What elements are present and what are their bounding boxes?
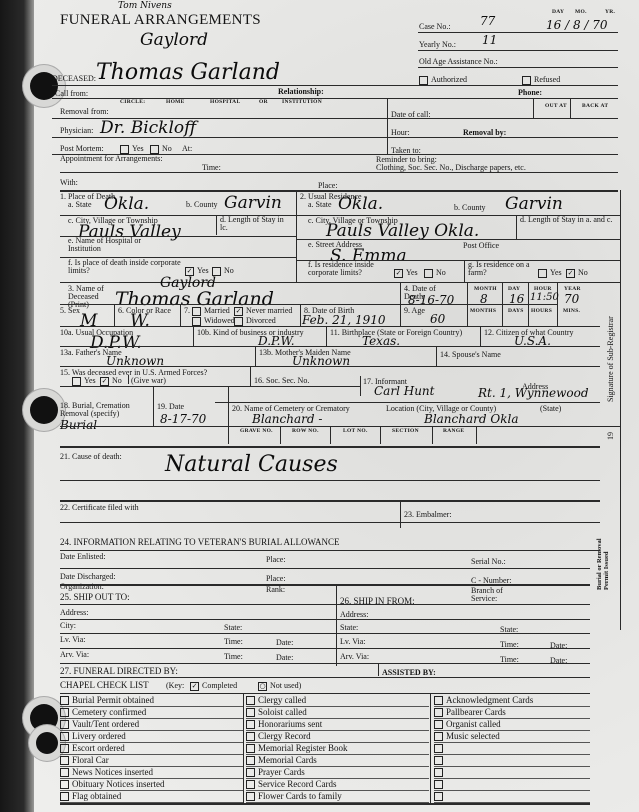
lot-no-col: LOT NO. xyxy=(343,428,368,434)
checkbox-icon[interactable] xyxy=(246,708,255,717)
checklist-item[interactable]: Music selected xyxy=(434,731,500,741)
physician-value[interactable]: Dr. Bickloff xyxy=(100,118,196,138)
with-label: With: xyxy=(60,178,78,187)
year-col-label: YR. xyxy=(605,9,615,15)
res-county-value[interactable]: Garvin xyxy=(505,194,563,214)
ship-out-state-label: State: xyxy=(224,623,242,632)
checklist-item-label: Memorial Register Book xyxy=(258,743,348,753)
marital-label: 7. xyxy=(184,306,190,315)
ship-in-lv-via-label: Lv. Via: xyxy=(340,637,366,646)
res-state-value[interactable]: Okla. xyxy=(338,194,383,214)
death-state-label: a. State xyxy=(68,200,92,209)
call-from-label: Call from: xyxy=(55,89,88,98)
branch-label: Branch of Service: xyxy=(471,587,511,603)
circle-hospital[interactable]: HOSPITAL xyxy=(210,99,240,105)
death-county-value[interactable]: Garvin xyxy=(224,193,282,213)
burial-date-label: 19. Date xyxy=(157,402,184,411)
permit-label: Burial or Removal Permit Issued xyxy=(596,530,610,590)
date-discharged-label: Date Discharged: xyxy=(60,572,116,581)
embalmer-label: 23. Embalmer: xyxy=(404,510,452,519)
checklist-item[interactable]: Service Record Cards xyxy=(246,779,336,789)
checklist-item-label: Cemetery confirmed xyxy=(72,707,146,717)
relationship-label: Relationship: xyxy=(278,87,324,96)
old-age-label: Old Age Assistance No.: xyxy=(419,57,498,66)
checklist-item[interactable]: Memorial Register Book xyxy=(246,743,348,753)
death-state-value[interactable]: Okla. xyxy=(104,194,149,214)
circle-label: CIRCLE: xyxy=(120,99,145,105)
checkbox-icon[interactable] xyxy=(60,744,69,753)
cause-value[interactable]: Natural Causes xyxy=(165,452,338,477)
married-option[interactable]: Married xyxy=(192,306,230,316)
checkbox-icon[interactable] xyxy=(60,780,69,789)
ship-in-address-label: Address: xyxy=(340,610,368,619)
phone-label: Phone: xyxy=(518,88,542,97)
checkbox-icon[interactable] xyxy=(60,756,69,765)
at-label: At: xyxy=(182,144,192,153)
checkbox-icon[interactable] xyxy=(60,732,69,741)
checklist-item-label: Floral Car xyxy=(72,755,109,765)
ship-out-lv-time-label: Time: xyxy=(224,637,243,646)
appointment-label: Appointment for Arrangements: xyxy=(60,154,163,163)
checklist-item[interactable]: Honorariums sent xyxy=(246,719,322,729)
checklist-item[interactable] xyxy=(434,779,446,789)
informant-value[interactable]: Carl Hunt xyxy=(374,384,434,398)
burial-date-value[interactable]: 8-17-70 xyxy=(160,412,206,426)
checklist-item[interactable]: Pallbearer Cards xyxy=(434,707,506,717)
address-value[interactable]: Rt. 1, Wynnewood xyxy=(478,386,589,400)
age-months-col: MONTHS xyxy=(470,308,496,314)
checkbox-icon[interactable] xyxy=(246,744,255,753)
res-length-label: d. Length of Stay in a. and c. xyxy=(520,216,616,224)
case-no-value[interactable]: 77 xyxy=(480,14,495,28)
ssn-label: 16. Soc. Sec. No. xyxy=(254,376,309,385)
location-value[interactable]: Blanchard Okla xyxy=(424,412,518,426)
authorized-checkbox[interactable]: Authorized xyxy=(419,75,467,85)
checklist-item[interactable] xyxy=(434,791,446,801)
section-col: SECTION xyxy=(392,428,419,434)
age-value[interactable]: 60 xyxy=(430,312,445,326)
back-at-label: BACK AT xyxy=(582,103,608,109)
key-completed: ✓Completed xyxy=(190,681,237,691)
checkbox-icon[interactable] xyxy=(60,720,69,729)
binder-edge xyxy=(0,0,34,812)
deceased-value[interactable]: Thomas Garland xyxy=(96,60,280,85)
ship-out-arv-time-label: Time: xyxy=(224,652,243,661)
death-hospital-label: e. Name of Hospital or Institution xyxy=(68,237,168,253)
dod-year[interactable]: 70 xyxy=(564,292,579,306)
punch-hole xyxy=(30,396,58,424)
checkbox-icon[interactable] xyxy=(434,744,443,753)
checklist-item[interactable]: Soloist called xyxy=(246,707,307,717)
checkbox-icon[interactable] xyxy=(60,696,69,705)
physician-label: Physician: xyxy=(60,126,93,135)
checkbox-icon[interactable] xyxy=(434,732,443,741)
armed-no[interactable]: ✓No xyxy=(100,376,122,386)
removal-by-label: Removal by: xyxy=(463,128,506,137)
annotation-gaylord: Gaylord xyxy=(140,30,208,50)
funeral-arrangements-form: Tom Nivens FUNERAL ARRANGEMENTS Gaylord … xyxy=(0,0,639,812)
case-no-label: Case No.: xyxy=(419,22,451,31)
checklist-item[interactable]: Livery ordered xyxy=(60,731,126,741)
key-not-used: ○Not used) xyxy=(258,681,301,691)
checklist-item[interactable]: Organist called xyxy=(434,719,501,729)
serial-no-label: Serial No.: xyxy=(471,557,506,566)
checkbox-icon[interactable] xyxy=(60,708,69,717)
checkbox-icon[interactable] xyxy=(246,780,255,789)
checklist-item[interactable]: Acknowledgment Cards xyxy=(434,695,533,705)
ship-in-arv-via-label: Arv. Via: xyxy=(340,652,369,661)
divorced-option[interactable]: Divorced xyxy=(234,316,276,326)
checklist-item-label: Music selected xyxy=(446,731,500,741)
checklist-item[interactable]: Floral Car xyxy=(60,755,109,765)
checklist-item[interactable] xyxy=(434,767,446,777)
checklist-item-label: Obituary Notices inserted xyxy=(72,779,164,789)
case-date-value[interactable]: 16 / 8 / 70 xyxy=(546,18,608,32)
ship-out-lv-date-label: Date: xyxy=(276,638,293,647)
widowed-option[interactable]: Widowed xyxy=(192,316,235,326)
res-corp-yes[interactable]: ✓Yes xyxy=(394,268,418,278)
enlisted-place-label: Place: xyxy=(266,555,286,564)
circle-institution[interactable]: INSTITUTION xyxy=(282,99,322,105)
veteran-title: 24. INFORMATION RELATING TO VETERAN'S BU… xyxy=(60,537,340,547)
checkbox-icon[interactable] xyxy=(246,792,255,801)
place-label: Place: xyxy=(318,181,338,190)
checklist-item-label: Honorariums sent xyxy=(258,719,322,729)
checklist-item-label: Flower Cards to family xyxy=(258,791,342,801)
checkbox-icon[interactable] xyxy=(246,768,255,777)
assisted-by-label: ASSISTED BY: xyxy=(382,668,436,677)
armed-yes[interactable]: Yes xyxy=(72,376,96,386)
checklist-item-label: Burial Permit obtained xyxy=(72,695,154,705)
checklist-item[interactable]: Vault/Tent ordered xyxy=(60,719,139,729)
checklist-item-label: Livery ordered xyxy=(72,731,126,741)
checklist-item-label: Vault/Tent ordered xyxy=(72,719,139,729)
row-no-col: ROW NO. xyxy=(292,428,319,434)
year-prefix: 19 xyxy=(606,432,615,440)
date-enlisted-label: Date Enlisted: xyxy=(60,552,106,561)
checklist-item[interactable] xyxy=(434,755,446,765)
day-col-label: DAY xyxy=(552,9,564,15)
checklist-item-label: News Notices inserted xyxy=(72,767,153,777)
checkbox-icon[interactable] xyxy=(246,732,255,741)
checklist-item-label: Acknowledgment Cards xyxy=(446,695,533,705)
res-city-value[interactable]: Pauls Valley Okla. xyxy=(326,221,479,241)
checkbox-icon[interactable] xyxy=(434,768,443,777)
farm-label: g. Is residence on a farm? xyxy=(468,261,538,277)
yearly-no-value[interactable]: 11 xyxy=(482,33,497,47)
post-mortem-yes[interactable]: Yes xyxy=(120,144,144,154)
death-length-label: d. Length of Stay in lc. xyxy=(220,216,290,232)
rank-label: Rank: xyxy=(266,585,285,594)
age-days-col: DAYS xyxy=(508,308,524,314)
checklist-item-label: Clergy called xyxy=(258,695,306,705)
ship-out-lv-via-label: Lv. Via: xyxy=(60,635,86,644)
death-corp-label: f. Is place of death inside corporate li… xyxy=(68,259,188,275)
checklist-item-label: Memorial Cards xyxy=(258,755,317,765)
range-col: RANGE xyxy=(443,428,464,434)
age-label: 9. Age xyxy=(404,306,425,315)
deceased-label: DECEASED: xyxy=(52,74,96,83)
checklist-item[interactable]: Flag obtained xyxy=(60,791,121,801)
post-mortem-label: Post Mortem: xyxy=(60,144,104,153)
burial-label: 18. Burial, Cremation Removal (specify) xyxy=(60,402,150,418)
checkbox-icon[interactable] xyxy=(246,696,255,705)
checklist-item-label: Flag obtained xyxy=(72,791,121,801)
age-mins-col: MINS. xyxy=(563,308,580,314)
directed-by-label: 27. FUNERAL DIRECTED BY: xyxy=(60,666,178,676)
age-hours-col: HOURS xyxy=(531,308,552,314)
month-col-label: MO. xyxy=(575,9,587,15)
cert-label: 22. Certificate filed with xyxy=(60,504,140,512)
farm-no[interactable]: ✓No xyxy=(566,268,588,278)
circle-home[interactable]: HOME xyxy=(166,99,185,105)
res-corp-label: f. Is residence inside corporate limits? xyxy=(308,261,398,277)
time-label: Time: xyxy=(202,163,221,172)
res-corp-no[interactable]: No xyxy=(424,268,446,278)
ship-out-arv-date-label: Date: xyxy=(276,653,293,662)
ship-out-title: 25. SHIP OUT TO: xyxy=(60,592,130,602)
checklist-item-label: Organist called xyxy=(446,719,501,729)
punch-hole xyxy=(36,732,58,754)
res-county-label: b. County xyxy=(454,203,486,212)
checkbox-icon[interactable] xyxy=(434,780,443,789)
checklist-item[interactable]: Clergy Record xyxy=(246,731,311,741)
checkbox-icon[interactable] xyxy=(60,792,69,801)
checkbox-icon[interactable] xyxy=(246,756,255,765)
checkbox-icon[interactable] xyxy=(60,768,69,777)
dob-value[interactable]: Feb. 21, 1910 xyxy=(302,313,386,327)
spouse-label: 14. Spouse's Name xyxy=(440,350,501,359)
checkbox-icon[interactable] xyxy=(434,708,443,717)
sex-label: 5. Sex xyxy=(60,306,80,315)
ship-out-arv-via-label: Arv. Via: xyxy=(60,650,89,659)
checklist-item-label: Pallbearer Cards xyxy=(446,707,506,717)
checklist-item[interactable]: Escort ordered xyxy=(60,743,125,753)
ship-out-city-label: City: xyxy=(60,621,76,630)
checklist-item[interactable] xyxy=(434,743,446,753)
ship-in-state-label-1: State: xyxy=(340,623,358,632)
checklist-item-label: Clergy Record xyxy=(258,731,311,741)
checklist-item-label: Escort ordered xyxy=(72,743,125,753)
checklist-item-label: Soloist called xyxy=(258,707,307,717)
checklist-item[interactable]: News Notices inserted xyxy=(60,767,153,777)
res-state-label: a. State xyxy=(308,200,332,209)
cause-label: 21. Cause of death: xyxy=(60,452,122,461)
discharged-place-label: Place: xyxy=(266,574,286,583)
checkbox-icon[interactable] xyxy=(434,720,443,729)
hour-label: Hour: xyxy=(391,128,410,137)
grave-no-col: GRAVE NO. xyxy=(240,428,273,434)
removal-from-label: Removal from: xyxy=(60,107,109,116)
death-county-label: b. County xyxy=(186,200,218,209)
checklist-item[interactable]: Memorial Cards xyxy=(246,755,317,765)
checklist-item[interactable]: Cemetery confirmed xyxy=(60,707,146,717)
circle-or: OR xyxy=(259,99,268,105)
key-label: (Key: xyxy=(166,681,184,690)
never-married-option[interactable]: ✓Never married xyxy=(234,306,292,316)
out-at-label: OUT AT xyxy=(545,103,567,109)
ship-out-address-label: Address: xyxy=(60,608,88,617)
checkbox-icon[interactable] xyxy=(246,720,255,729)
checklist-item[interactable]: Clergy called xyxy=(246,695,306,705)
form-title: FUNERAL ARRANGEMENTS xyxy=(60,12,261,29)
burial-value[interactable]: Burial xyxy=(60,418,97,432)
yearly-no-label: Yearly No.: xyxy=(419,40,456,49)
reminder: Reminder to bring:Clothing, Soc. Sec. No… xyxy=(376,156,526,172)
checkbox-icon[interactable] xyxy=(434,792,443,801)
checkbox-icon[interactable] xyxy=(434,756,443,765)
give-war-label: (Give war) xyxy=(131,376,166,385)
checkbox-icon[interactable] xyxy=(434,696,443,705)
checklist-item[interactable]: Prayer Cards xyxy=(246,767,305,777)
dod-hour[interactable]: 11:50 xyxy=(530,292,559,303)
post-office-label: Post Office xyxy=(463,241,499,250)
cemetery-value[interactable]: Blanchard - xyxy=(252,412,322,426)
checklist-item-label: Prayer Cards xyxy=(258,767,305,777)
farm-yes[interactable]: Yes xyxy=(538,268,562,278)
sub-registrar-label: Signature of Sub-Registrar xyxy=(606,316,615,402)
annotation-top: Tom Nivens xyxy=(118,1,172,11)
punch-hole xyxy=(30,704,58,732)
post-mortem-no[interactable]: No xyxy=(150,144,172,154)
checklist-item[interactable]: Obituary Notices inserted xyxy=(60,779,164,789)
checklist-item-label: Service Record Cards xyxy=(258,779,336,789)
checklist-item[interactable]: Burial Permit obtained xyxy=(60,695,154,705)
refused-checkbox[interactable]: Refused xyxy=(522,75,560,85)
checklist-item[interactable]: Flower Cards to family xyxy=(246,791,342,801)
checklist-title: CHAPEL CHECK LIST xyxy=(60,680,149,690)
state-label: (State) xyxy=(540,404,561,413)
